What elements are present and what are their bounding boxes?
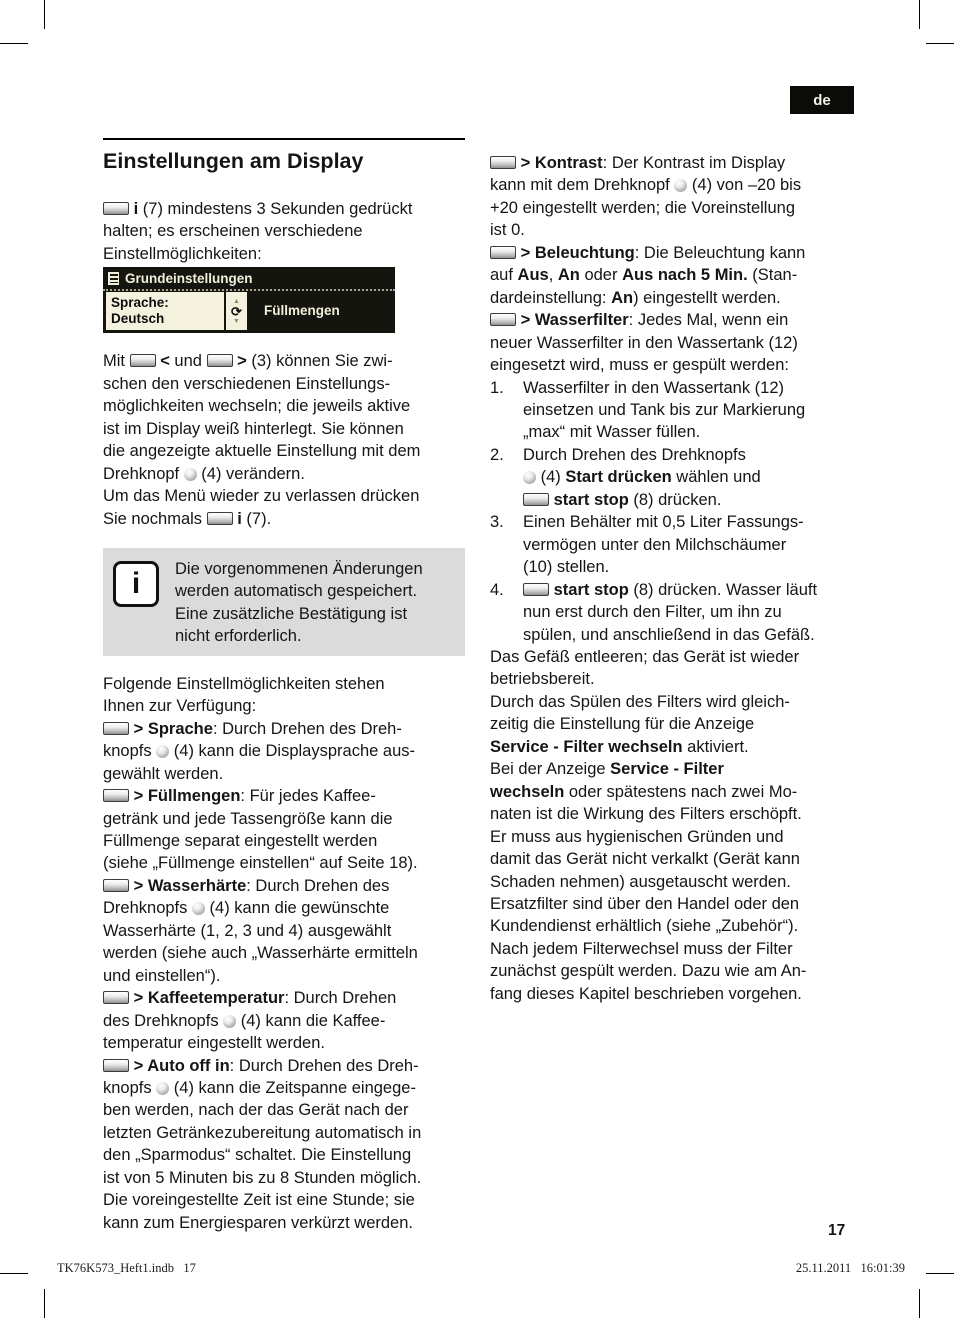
paragraph: > Wasserhärte: Durch Drehen desDrehknopf…	[103, 875, 465, 987]
left-column: Einstellungen am Display i (7) mindesten…	[103, 138, 465, 1234]
options-intro-paragraph: Folgende Einstellmöglichkeiten stehenIhn…	[103, 673, 465, 718]
footer-timestamp: 25.11.2011 16:01:39	[796, 1261, 905, 1276]
step-number: 4.	[490, 579, 504, 601]
crop-mark	[919, 0, 920, 29]
language-badge: de	[790, 86, 854, 114]
filter-steps-list: 1.Wasserfilter in den Wassertank (12)ein…	[490, 377, 852, 646]
button-icon	[103, 991, 129, 1004]
rotary-knob-icon	[156, 745, 169, 758]
paragraph: > Wasserfilter: Jedes Mal, wenn einneuer…	[490, 309, 852, 376]
step-number: 2.	[490, 444, 504, 466]
paragraph: > Auto off in: Durch Drehen des Dreh-kno…	[103, 1055, 465, 1235]
next-menu-item: Füllmengen	[264, 300, 340, 322]
button-icon	[103, 722, 129, 735]
button-icon	[207, 512, 233, 525]
crop-mark	[0, 1273, 28, 1274]
navigation-paragraph: Mit < und > (3) können Sie zwi-schen den…	[103, 350, 465, 530]
section-title: Einstellungen am Display	[103, 138, 465, 174]
paragraph: > Kontrast: Der Kontrast im Displaykann …	[490, 152, 852, 242]
page-number: 17	[828, 1222, 845, 1240]
button-icon	[207, 354, 233, 367]
setting-value: Deutsch	[111, 311, 219, 327]
step-number: 1.	[490, 377, 504, 399]
info-box-text: Die vorgenommenen Änderungenwerden autom…	[175, 558, 455, 648]
display-panel-body: Sprache: Deutsch ▲ ⟳ ▼ Füllmengen	[103, 291, 395, 333]
numbered-step: 4. start stop (8) drücken. Wasser läuftn…	[490, 579, 852, 646]
crop-mark	[44, 1289, 45, 1318]
numbered-step: 3.Einen Behälter mit 0,5 Liter Fassungs-…	[490, 511, 852, 578]
numbered-step: 1.Wasserfilter in den Wassertank (12)ein…	[490, 377, 852, 444]
paragraph: Das Gefäß entleeren; das Gerät ist wiede…	[490, 646, 852, 691]
button-icon	[103, 789, 129, 802]
rotary-knob-icon	[523, 471, 536, 484]
paragraph: Durch das Spülen des Filters wird gleich…	[490, 691, 852, 758]
display-panel-titlebar: Grundeinstellungen	[103, 267, 395, 291]
crop-mark	[44, 0, 45, 29]
rotary-knob-icon	[184, 468, 197, 481]
paragraph: > Kaffeetemperatur: Durch Drehendes Dreh…	[103, 987, 465, 1054]
button-icon	[523, 583, 549, 596]
right-column: > Kontrast: Der Kontrast im Displaykann …	[490, 152, 852, 1005]
info-box: i Die vorgenommenen Änderungenwerden aut…	[103, 548, 465, 656]
crop-mark	[919, 1289, 920, 1318]
crop-mark	[0, 43, 28, 44]
setting-label: Sprache:	[111, 295, 219, 311]
manual-page: de Einstellungen am Display i (7) mindes…	[0, 0, 954, 1318]
rotary-knob-icon	[674, 179, 687, 192]
rotary-knob-icon	[156, 1082, 169, 1095]
step-number: 3.	[490, 511, 504, 533]
rotary-knob-icon	[223, 1015, 236, 1028]
button-icon	[103, 879, 129, 892]
filter-paragraphs: Das Gefäß entleeren; das Gerät ist wiede…	[490, 646, 852, 1005]
rotate-arrows-icon: ⟳	[231, 305, 242, 318]
button-icon	[130, 354, 156, 367]
options-list: > Sprache: Durch Drehen des Dreh-knopfs …	[103, 718, 465, 1234]
button-icon	[103, 202, 129, 215]
rotary-knob-icon	[192, 902, 205, 915]
scroll-indicator: ▲ ⟳ ▼	[226, 292, 247, 330]
display-panel: Grundeinstellungen Sprache: Deutsch ▲ ⟳ …	[103, 267, 395, 333]
crop-mark	[926, 1273, 954, 1274]
info-icon: i	[113, 561, 159, 607]
button-icon	[490, 313, 516, 326]
paragraph: > Sprache: Durch Drehen des Dreh-knopfs …	[103, 718, 465, 785]
button-icon	[523, 493, 549, 506]
crop-mark	[926, 43, 954, 44]
settings-paragraphs: > Kontrast: Der Kontrast im Displaykann …	[490, 152, 852, 377]
selected-setting: Sprache: Deutsch	[106, 292, 224, 330]
button-icon	[490, 156, 516, 169]
menu-list-icon	[108, 272, 119, 285]
down-triangle-icon: ▼	[233, 318, 240, 325]
button-icon	[490, 246, 516, 259]
button-icon	[103, 1059, 129, 1072]
paragraph: > Füllmengen: Für jedes Kaffee-getränk u…	[103, 785, 465, 875]
paragraph: > Beleuchtung: Die Beleuchtung kannauf A…	[490, 242, 852, 309]
intro-paragraph: i (7) mindestens 3 Sekunden gedrückthalt…	[103, 198, 465, 265]
footer-file-info: TK76K573_Heft1.indb 17	[57, 1261, 196, 1276]
numbered-step: 2.Durch Drehen des Drehknopfs (4) Start …	[490, 444, 852, 511]
display-panel-title: Grundeinstellungen	[125, 268, 253, 290]
paragraph: Bei der Anzeige Service - Filterwechseln…	[490, 758, 852, 1005]
